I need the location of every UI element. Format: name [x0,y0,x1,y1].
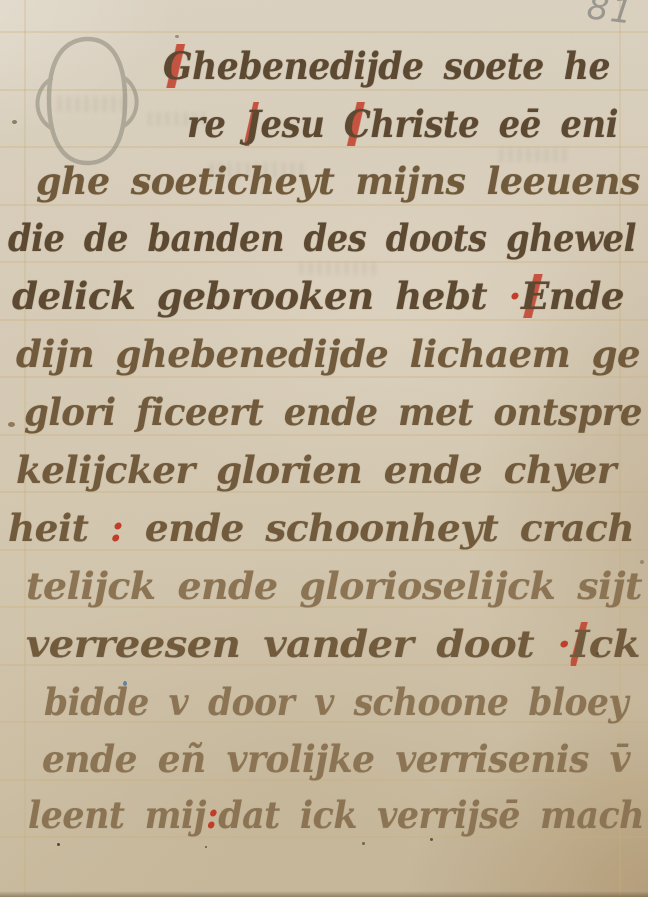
text-segment: verreesen vander doot [26,622,557,666]
rubric-punctuation: · [509,274,521,318]
rubric-punctuation: : [206,793,218,837]
text-line-12: bidde v door v schoone bloey [44,678,628,726]
text-segment: kelijcker glorien ende chyer [16,448,616,492]
parchment-speck [205,846,207,848]
text-line-9: heit : ende schoonheyt crach [8,504,634,552]
text-line-1: Ghebenedijde soete he [163,42,610,90]
text-line-4: die de banden des doots ghewel [8,214,636,262]
folio-number: 81 [584,0,636,33]
text-segment: dijn ghebenedijde lichaem ge [16,332,640,376]
text-line-5: delick gebrooken hebt ·Ende [12,272,624,320]
text-segment: heit [8,506,110,550]
text-line-11: verreesen vander doot ·Ick [26,620,640,668]
text-segment: esu [261,102,344,146]
parchment-speck [640,560,644,564]
text-line-10: telijck ende glorioselijck sijt [26,562,642,610]
text-line-3: ghe soeticheyt mijns leeuens [36,157,640,205]
text-segment: dat ick verrijsē mach [218,793,644,837]
text-segment: hriste eē eni [370,102,618,146]
text-segment: ghe soeticheyt mijns leeuens [36,159,640,203]
text-segment: leent mij [28,793,206,837]
text-segment: hebenedijde soete he [192,44,610,88]
text-line-2: re Jesu Christe eē eni [187,100,618,148]
text-line-8: kelijcker glorien ende chyer [16,446,616,494]
manuscript-text: Ghebenedijde soete here Jesu Christe eē … [0,0,648,897]
parchment-speck [8,422,15,427]
parchment-speck [123,681,127,686]
rubricated-capital: C [344,102,370,146]
text-segment: nde [549,274,624,318]
text-segment: die de banden des doots ghewel [8,216,636,260]
text-line-14: leent mij:dat ick verrijsē mach [28,791,644,839]
parchment-speck [57,843,60,846]
text-segment: ck [589,622,640,666]
parchment-speck [430,838,433,841]
rubric-punctuation: : [110,506,123,550]
rubric-punctuation: · [557,622,570,666]
rubricated-capital: I [571,622,589,666]
manuscript-page: Ghebenedijde soete here Jesu Christe eē … [0,0,648,897]
rubricated-capital: G [163,44,192,88]
text-segment: delick gebrooken hebt [12,274,509,318]
parchment-speck [175,35,179,38]
text-segment: telijck ende glorioselijck sijt [26,564,642,608]
parchment-speck [596,652,599,655]
text-segment: ende eñ vrolijke verrisenis v̄ [42,737,630,781]
parchment-speck [12,120,17,124]
text-line-13: ende eñ vrolijke verrisenis v̄ [42,735,630,783]
text-segment: re [187,102,245,146]
text-line-6: dijn ghebenedijde lichaem ge [16,330,640,378]
rubricated-capital: E [521,274,549,318]
text-segment: bidde v door v schoone bloey [44,680,628,724]
text-line-7: glori ficeert ende met ontspre [24,388,642,436]
parchment-speck [362,842,365,845]
rubricated-capital: J [245,102,261,146]
text-segment: ende schoonheyt crach [123,506,634,550]
text-segment: glori ficeert ende met ontspre [24,390,642,434]
